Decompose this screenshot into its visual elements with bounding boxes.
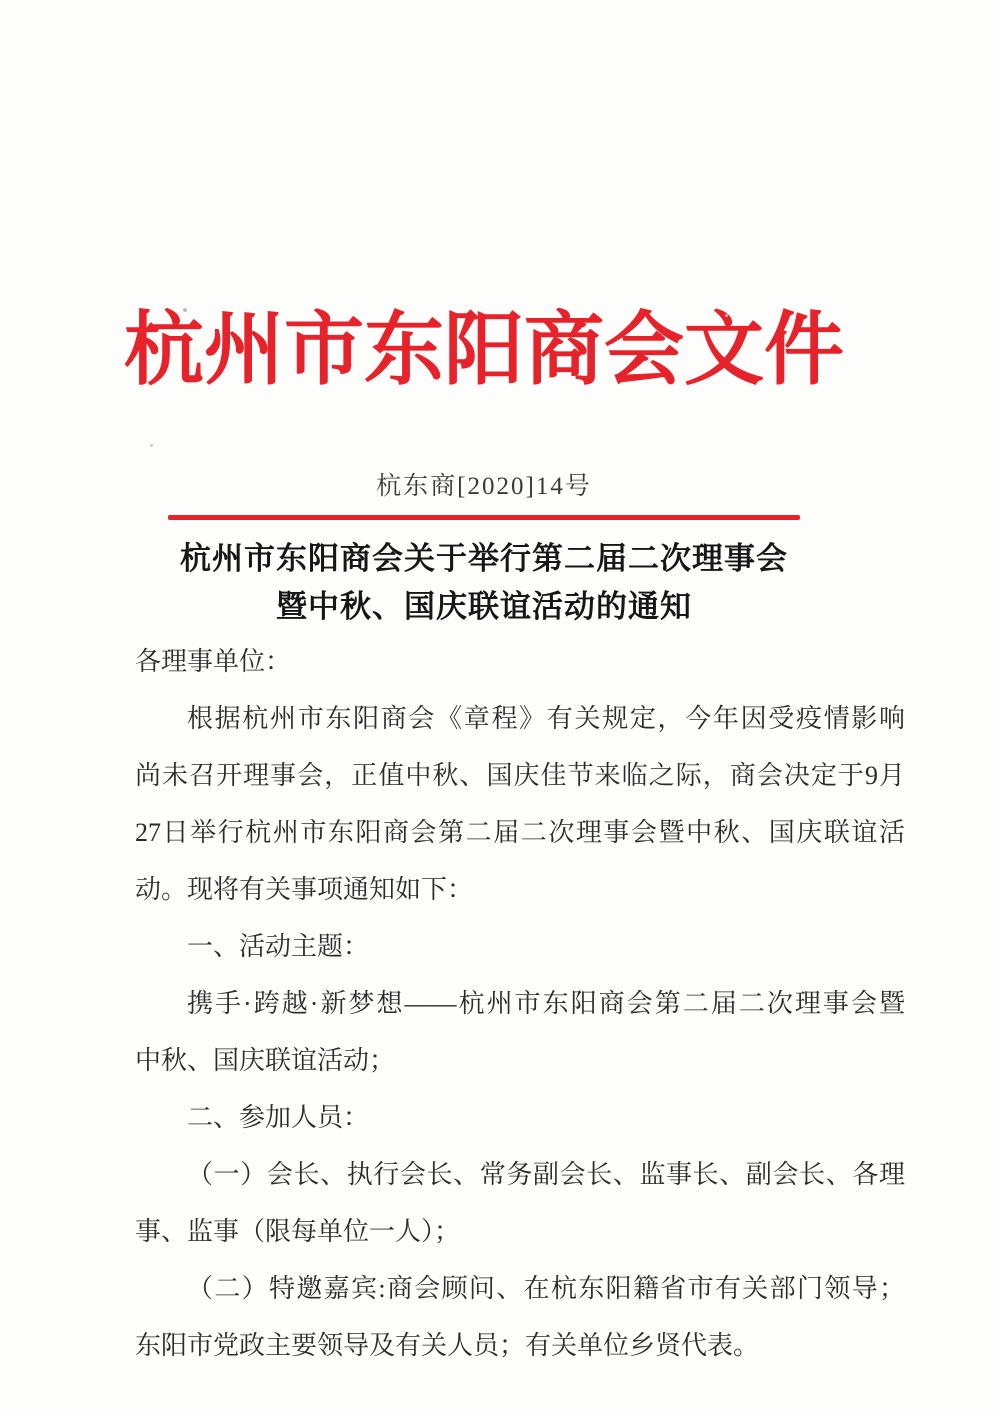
body-line: 根据杭州市东阳商会《章程》有关规定，今年因受疫情影响	[135, 690, 905, 747]
body-line: （二）特邀嘉宾:商会顾问、在杭东阳籍省市有关部门领导；	[135, 1260, 905, 1317]
notice-title-line2: 暨中秋、国庆联谊活动的通知	[99, 583, 869, 631]
scan-speck	[725, 314, 728, 317]
body-line: 东阳市党政主要领导及有关人员；有关单位乡贤代表。	[135, 1317, 905, 1374]
scan-speck	[150, 444, 153, 447]
body-line: 事、监事（限每单位一人）；	[135, 1203, 905, 1260]
scan-speck	[183, 308, 187, 312]
body-line: 尚未召开理事会，正值中秋、国庆佳节来临之际，商会决定于9月	[135, 747, 905, 804]
body-line: 27日举行杭州市东阳商会第二届二次理事会暨中秋、国庆联谊活	[135, 804, 905, 861]
document-body: 各理事单位： 根据杭州市东阳商会《章程》有关规定，今年因受疫情影响 尚未召开理事…	[135, 633, 905, 1374]
notice-title: 杭州市东阳商会关于举行第二届二次理事会 暨中秋、国庆联谊活动的通知	[99, 535, 869, 631]
document-number: 杭东商[2020]14号	[99, 470, 869, 504]
body-line: 中秋、国庆联谊活动；	[135, 1032, 905, 1089]
document-page: 杭州市东阳商会文件 杭东商[2020]14号 杭州市东阳商会关于举行第二届二次理…	[0, 0, 1000, 1414]
document-header: 杭州市东阳商会文件 杭东商[2020]14号 杭州市东阳商会关于举行第二届二次理…	[99, 296, 869, 631]
body-line: 各理事单位：	[135, 633, 905, 690]
body-line: 动。现将有关事项通知如下：	[135, 861, 905, 918]
red-divider-rule	[168, 515, 800, 520]
body-line: 一、活动主题：	[135, 918, 905, 975]
body-line: （一）会长、执行会长、常务副会长、监事长、副会长、各理	[135, 1146, 905, 1203]
body-line: 携手·跨越·新梦想——杭州市东阳商会第二届二次理事会暨	[135, 975, 905, 1032]
notice-title-line1: 杭州市东阳商会关于举行第二届二次理事会	[99, 535, 869, 583]
masthead-title: 杭州市东阳商会文件	[99, 296, 869, 406]
body-line: 二、参加人员：	[135, 1089, 905, 1146]
